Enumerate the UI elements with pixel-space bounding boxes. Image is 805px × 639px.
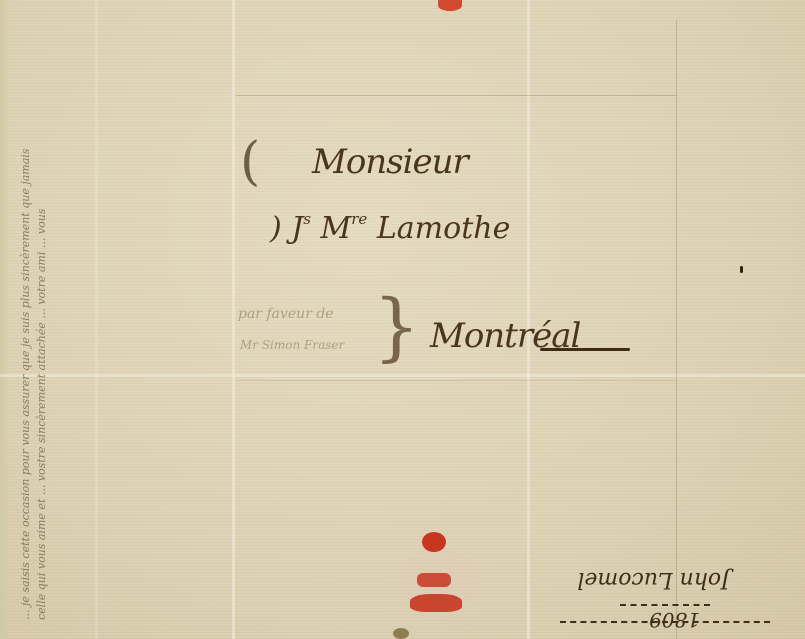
fold-line-vertical-margin bbox=[95, 0, 98, 639]
recipient-title: M bbox=[321, 211, 352, 246]
recipient-initial-sup: s bbox=[303, 210, 311, 228]
stain bbox=[393, 628, 409, 639]
margin-note-line-2: celle qui vous aime et ... vostre sincèr… bbox=[34, 60, 50, 620]
recipient-name: Lamothe bbox=[377, 211, 510, 246]
address-line-recipient: ) Js Mre Lamothe bbox=[270, 210, 510, 246]
fold-line-vertical-left bbox=[232, 0, 235, 639]
recipient-title-sup: re bbox=[351, 210, 367, 228]
crease-horizontal-top bbox=[236, 95, 676, 96]
crease-horizontal-bottom bbox=[236, 380, 676, 381]
docket-name: John Lucomel bbox=[577, 567, 730, 592]
favour-line-2: Mr Simon Fraser bbox=[240, 338, 344, 352]
paper-edge bbox=[0, 0, 10, 639]
address-flourish: ( bbox=[240, 132, 260, 192]
margin-note: ... je saisis cette occasion pour vous a… bbox=[18, 60, 50, 620]
docket: John Lucomel 1809 bbox=[560, 525, 780, 630]
favour-line-1: par faveur de bbox=[238, 306, 334, 322]
margin-note-line-1: ... je saisis cette occasion pour vous a… bbox=[18, 60, 34, 620]
wax-seal-base bbox=[410, 594, 462, 612]
docket-rule-mid bbox=[620, 604, 710, 606]
wax-seal-bottom bbox=[422, 532, 446, 552]
wax-seal-fragment bbox=[417, 573, 451, 587]
docket-year: 1809 bbox=[649, 608, 700, 632]
letter-sheet: ( Monsieur ) Js Mre Lamothe par faveur d… bbox=[0, 0, 805, 639]
ink-dot bbox=[740, 266, 743, 273]
wax-seal-top bbox=[438, 0, 462, 11]
recipient-flourish: ) bbox=[270, 211, 282, 246]
fold-line-horizontal bbox=[0, 374, 805, 377]
address-line-monsieur: Monsieur bbox=[312, 142, 468, 182]
recipient-initial: J bbox=[291, 211, 303, 246]
city-underline bbox=[540, 348, 630, 351]
favour-bracket: } bbox=[373, 284, 420, 370]
